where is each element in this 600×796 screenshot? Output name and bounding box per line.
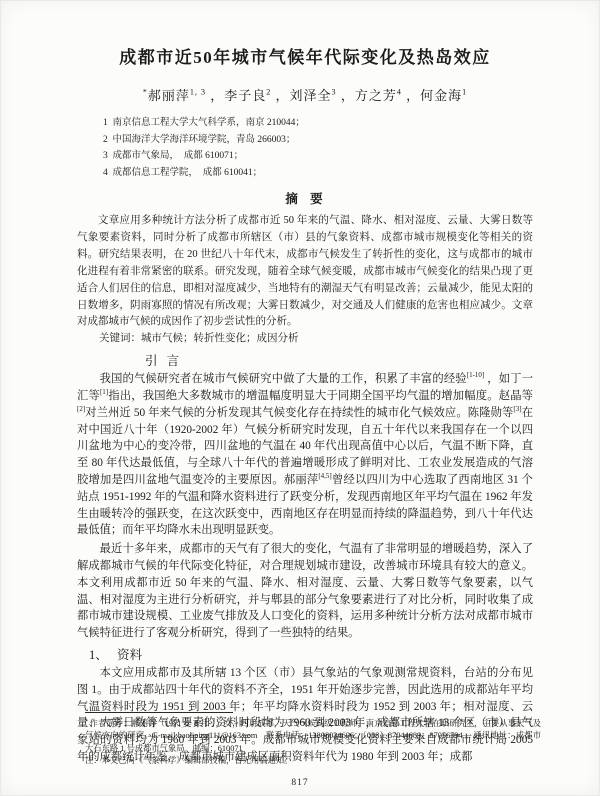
paper-title: 成都市近50年城市气候年代际变化及热岛效应 [77, 43, 533, 68]
footnote-note: 注：本文已向《气象科学》编辑部投稿，暂无用稿通知。 [85, 755, 541, 767]
introduction-paragraph: 我国的气候研究者在城市气候研究中做了大量的工作，积累了丰富的经验[1-10] ，… [77, 371, 533, 539]
author-line: *郝丽萍1, 3 ，李子良2 ，刘泽全3 ，方之芳4 ，何金海1 [77, 85, 533, 104]
affiliation-item: 3 成都市气象局， 成都 610071； [103, 148, 533, 165]
section-heading-introduction: 引 言 [145, 351, 533, 369]
footnote-bio: * 作者简介：郝丽萍（1971 年 8 月-），女，四川成都，天气气候高级工程师… [85, 718, 541, 755]
abstract-heading: 摘 要 [77, 189, 533, 207]
page-number: 817 [1, 778, 599, 788]
affiliation-item: 2 中国海洋大学海洋环境学院，青岛 266003； [103, 132, 533, 149]
section-heading-data: 1、 资料 [89, 645, 533, 663]
introduction-paragraph: 最近十多年来，成都市的天气有了很大的变化，气温有了非常明显的增暖趋势，深入了解成… [77, 541, 533, 642]
keywords-line: 关键词：城市气候；转折性变化；成因分析 [99, 331, 533, 348]
scanned-paper-page: 成都市近50年城市气候年代际变化及热岛效应 *郝丽萍1, 3 ，李子良2 ，刘泽… [0, 0, 600, 796]
abstract-text: 文章应用多种统计方法分析了成都市近 50 年来的气温、降水、相对湿度、云量、大雾… [77, 213, 533, 331]
author-footnote: * 作者简介：郝丽萍（1971 年 8 月-），女，四川成都，天气气候高级工程师… [85, 712, 541, 768]
footnote-rule [85, 712, 233, 713]
affiliation-item: 4 成都信息工程学院， 成都 610041； [103, 165, 533, 182]
affiliation-list: 1 南京信息工程大学大气科学系，南京 210044； 2 中国海洋大学海洋环境学… [103, 115, 533, 181]
affiliation-item: 1 南京信息工程大学大气科学系，南京 210044； [103, 115, 533, 132]
